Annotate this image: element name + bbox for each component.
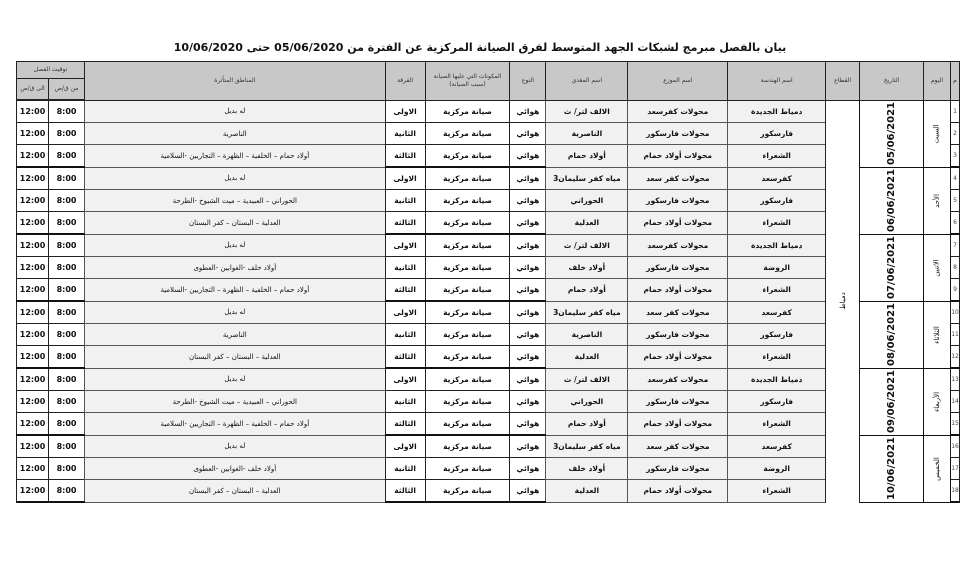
feeder-cell: مياه كفر سليمان3 xyxy=(546,301,628,324)
affected-areas-cell: له بديل xyxy=(85,368,386,391)
day-cell: الأحد xyxy=(924,167,951,234)
distributor-cell: محولات أولاد حمام xyxy=(628,145,728,168)
row-number: 17 xyxy=(951,458,960,480)
feeder-cell: الناصرية xyxy=(546,324,628,346)
distributor-cell: محولات فارسكور xyxy=(628,190,728,212)
affected-areas-cell: الحوراني – العبيدية – ميت الشيوخ -الطرحة xyxy=(85,190,386,212)
engineering-cell: دمياط الجديدة xyxy=(728,368,826,391)
equipment-cell: صيانة مركزية xyxy=(425,190,510,212)
type-cell: هوائي xyxy=(510,212,546,235)
feeder-cell: الناصرية xyxy=(546,123,628,145)
feeder-cell: أولاد حمام xyxy=(546,279,628,302)
engineering-cell: فارسكور xyxy=(728,190,826,212)
date-cell: 07/06/2021 xyxy=(860,234,924,301)
engineering-cell: فارسكور xyxy=(728,324,826,346)
affected-areas-cell: العدلية – البستان – كفر البستان xyxy=(85,480,386,503)
type-cell: هوائي xyxy=(510,346,546,369)
header-engineering: اسم الهندسة xyxy=(728,62,826,101)
affected-areas-cell: له بديل xyxy=(85,234,386,257)
type-cell: هوائي xyxy=(510,435,546,458)
distributor-cell: محولات كفرسعد xyxy=(628,368,728,391)
team-cell: الثالثة xyxy=(385,145,425,168)
engineering-cell: كفرسعد xyxy=(728,301,826,324)
engineering-cell: دمياط الجديدة xyxy=(728,100,826,123)
date-cell: 08/06/2021 xyxy=(860,301,924,368)
team-cell: الثالثة xyxy=(385,346,425,369)
date-label: 05/06/2021 xyxy=(886,102,897,165)
table-row: 5فارسكورمحولات فارسكورالحورانيهوائيصيانة… xyxy=(17,190,960,212)
affected-areas-cell: له بديل xyxy=(85,435,386,458)
to-time-cell: 12:00 xyxy=(17,257,49,279)
from-time-cell: 8:00 xyxy=(49,167,85,190)
schedule-body: 1السبت05/06/2021دمياطدمياط الجديدةمحولات… xyxy=(17,100,960,502)
from-time-cell: 8:00 xyxy=(49,234,85,257)
from-time-cell: 8:00 xyxy=(49,212,85,235)
equipment-cell: صيانة مركزية xyxy=(425,413,510,436)
feeder-cell: أولاد خلف xyxy=(546,257,628,279)
equipment-cell: صيانة مركزية xyxy=(425,123,510,145)
engineering-cell: فارسكور xyxy=(728,391,826,413)
table-row: 13الأربعاء09/06/2021دمياط الجديدةمحولات … xyxy=(17,368,960,391)
feeder-cell: الالف لتر/ ث xyxy=(546,100,628,123)
engineering-cell: الروضة xyxy=(728,257,826,279)
row-number: 2 xyxy=(951,123,960,145)
affected-areas-cell: أولاد خلف -الغوابين -العطوى xyxy=(85,458,386,480)
affected-areas-cell: الحوراني – العبيدية – ميت الشيوخ -الطرحة xyxy=(85,391,386,413)
type-cell: هوائي xyxy=(510,279,546,302)
table-row: 7الاثنين07/06/2021دمياط الجديدةمحولات كف… xyxy=(17,234,960,257)
team-cell: الثانية xyxy=(385,458,425,480)
from-time-cell: 8:00 xyxy=(49,435,85,458)
type-cell: هوائي xyxy=(510,368,546,391)
table-row: 10الثلاثاء08/06/2021كفرسعدمحولات كفر سعد… xyxy=(17,301,960,324)
affected-areas-cell: أولاد خلف -الغوابين -العطوى xyxy=(85,257,386,279)
header-from: من ق/ص xyxy=(49,79,85,101)
header-team: الفرقة xyxy=(385,62,425,101)
table-row: 15الشعراءمحولات أولاد حمامأولاد حمامهوائ… xyxy=(17,413,960,436)
day-label: الأحد xyxy=(933,194,941,208)
type-cell: هوائي xyxy=(510,123,546,145)
day-label: الخميس xyxy=(933,457,941,481)
from-time-cell: 8:00 xyxy=(49,324,85,346)
date-label: 10/06/2021 xyxy=(886,437,897,500)
distributor-cell: محولات فارسكور xyxy=(628,458,728,480)
type-cell: هوائي xyxy=(510,145,546,168)
table-row: 6الشعراءمحولات أولاد حمامالعدليةهوائيصيا… xyxy=(17,212,960,235)
type-cell: هوائي xyxy=(510,391,546,413)
engineering-cell: الشعراء xyxy=(728,480,826,503)
team-cell: الاولى xyxy=(385,167,425,190)
engineering-cell: الشعراء xyxy=(728,279,826,302)
header-distributor: اسم الموزع xyxy=(628,62,728,101)
to-time-cell: 12:00 xyxy=(17,123,49,145)
distributor-cell: محولات فارسكور xyxy=(628,391,728,413)
affected-areas-cell: أولاد حمام – الخلفية – الظهرة – التجاريي… xyxy=(85,413,386,436)
row-number: 9 xyxy=(951,279,960,302)
table-row: 14فارسكورمحولات فارسكورالحورانيهوائيصيان… xyxy=(17,391,960,413)
date-label: 07/06/2021 xyxy=(886,236,897,299)
type-cell: هوائي xyxy=(510,480,546,503)
team-cell: الاولى xyxy=(385,301,425,324)
day-label: الاثنين xyxy=(933,259,941,276)
affected-areas-cell: أولاد حمام – الخلفية – الظهرة – التجاريي… xyxy=(85,279,386,302)
team-cell: الثالثة xyxy=(385,413,425,436)
distributor-cell: محولات كفرسعد xyxy=(628,100,728,123)
from-time-cell: 8:00 xyxy=(49,346,85,369)
team-cell: الثانية xyxy=(385,123,425,145)
date-cell: 10/06/2021 xyxy=(860,435,924,502)
sector-cell: دمياط xyxy=(826,100,860,502)
distributor-cell: محولات كفرسعد xyxy=(628,234,728,257)
type-cell: هوائي xyxy=(510,257,546,279)
feeder-cell: الالف لتر/ ث xyxy=(546,234,628,257)
type-cell: هوائي xyxy=(510,167,546,190)
to-time-cell: 12:00 xyxy=(17,190,49,212)
day-cell: الاثنين xyxy=(924,234,951,301)
feeder-cell: العدلية xyxy=(546,212,628,235)
header-areas: المناطق المتأثرة xyxy=(85,62,386,101)
table-row: 1السبت05/06/2021دمياطدمياط الجديدةمحولات… xyxy=(17,100,960,123)
date-cell: 09/06/2021 xyxy=(860,368,924,435)
team-cell: الثانية xyxy=(385,257,425,279)
type-cell: هوائي xyxy=(510,100,546,123)
table-row: 12الشعراءمحولات أولاد حمامالعدليةهوائيصي… xyxy=(17,346,960,369)
from-time-cell: 8:00 xyxy=(49,100,85,123)
distributor-cell: محولات فارسكور xyxy=(628,123,728,145)
table-row: 3الشعراءمحولات أولاد حمامأولاد حمامهوائي… xyxy=(17,145,960,168)
engineering-cell: الشعراء xyxy=(728,145,826,168)
feeder-cell: العدلية xyxy=(546,346,628,369)
from-time-cell: 8:00 xyxy=(49,480,85,503)
feeder-cell: أولاد حمام xyxy=(546,413,628,436)
row-number: 1 xyxy=(951,100,960,123)
team-cell: الاولى xyxy=(385,435,425,458)
row-number: 8 xyxy=(951,257,960,279)
from-time-cell: 8:00 xyxy=(49,145,85,168)
row-number: 16 xyxy=(951,435,960,458)
team-cell: الاولى xyxy=(385,100,425,123)
header-day: اليوم xyxy=(924,62,951,101)
to-time-cell: 12:00 xyxy=(17,234,49,257)
equipment-cell: صيانة مركزية xyxy=(425,324,510,346)
table-row: 18الشعراءمحولات أولاد حمامالعدليةهوائيصي… xyxy=(17,480,960,503)
feeder-cell: أولاد خلف xyxy=(546,458,628,480)
engineering-cell: الروضة xyxy=(728,458,826,480)
affected-areas-cell: الناصرية xyxy=(85,123,386,145)
affected-areas-cell: له بديل xyxy=(85,301,386,324)
date-cell: 05/06/2021 xyxy=(860,100,924,167)
date-label: 06/06/2021 xyxy=(886,169,897,232)
row-number: 3 xyxy=(951,145,960,168)
header-equipment: المكونات التي عليها الصيانة (سبب الصيانة… xyxy=(425,62,510,101)
type-cell: هوائي xyxy=(510,458,546,480)
affected-areas-cell: العدلية – البستان – كفر البستان xyxy=(85,346,386,369)
team-cell: الاولى xyxy=(385,234,425,257)
distributor-cell: محولات أولاد حمام xyxy=(628,279,728,302)
from-time-cell: 8:00 xyxy=(49,257,85,279)
table-row: 11فارسكورمحولات فارسكورالناصريةهوائيصيان… xyxy=(17,324,960,346)
distributor-cell: محولات أولاد حمام xyxy=(628,212,728,235)
team-cell: الثالثة xyxy=(385,480,425,503)
equipment-cell: صيانة مركزية xyxy=(425,100,510,123)
engineering-cell: دمياط الجديدة xyxy=(728,234,826,257)
from-time-cell: 8:00 xyxy=(49,391,85,413)
equipment-cell: صيانة مركزية xyxy=(425,234,510,257)
equipment-cell: صيانة مركزية xyxy=(425,435,510,458)
type-cell: هوائي xyxy=(510,234,546,257)
day-cell: الثلاثاء xyxy=(924,301,951,368)
row-number: 18 xyxy=(951,480,960,503)
equipment-cell: صيانة مركزية xyxy=(425,257,510,279)
row-number: 5 xyxy=(951,190,960,212)
equipment-cell: صيانة مركزية xyxy=(425,458,510,480)
engineering-cell: الشعراء xyxy=(728,212,826,235)
affected-areas-cell: له بديل xyxy=(85,100,386,123)
header-feeder: اسم المغذي xyxy=(546,62,628,101)
table-row: 2فارسكورمحولات فارسكورالناصريةهوائيصيانة… xyxy=(17,123,960,145)
feeder-cell: مياه كفر سليمان3 xyxy=(546,435,628,458)
day-cell: السبت xyxy=(924,100,951,167)
equipment-cell: صيانة مركزية xyxy=(425,301,510,324)
engineering-cell: فارسكور xyxy=(728,123,826,145)
equipment-cell: صيانة مركزية xyxy=(425,480,510,503)
from-time-cell: 8:00 xyxy=(49,368,85,391)
from-time-cell: 8:00 xyxy=(49,301,85,324)
equipment-cell: صيانة مركزية xyxy=(425,145,510,168)
row-number: 6 xyxy=(951,212,960,235)
row-number: 10 xyxy=(951,301,960,324)
day-label: الأربعاء xyxy=(933,391,941,411)
equipment-cell: صيانة مركزية xyxy=(425,279,510,302)
date-label: 08/06/2021 xyxy=(886,303,897,366)
team-cell: الثانية xyxy=(385,190,425,212)
team-cell: الثانية xyxy=(385,391,425,413)
feeder-cell: مياه كفر سليمان3 xyxy=(546,167,628,190)
row-number: 12 xyxy=(951,346,960,369)
from-time-cell: 8:00 xyxy=(49,190,85,212)
distributor-cell: محولات أولاد حمام xyxy=(628,346,728,369)
table-row: 9الشعراءمحولات أولاد حمامأولاد حمامهوائي… xyxy=(17,279,960,302)
type-cell: هوائي xyxy=(510,413,546,436)
from-time-cell: 8:00 xyxy=(49,123,85,145)
equipment-cell: صيانة مركزية xyxy=(425,368,510,391)
affected-areas-cell: أولاد حمام – الخلفية – الظهرة – التجاريي… xyxy=(85,145,386,168)
to-time-cell: 12:00 xyxy=(17,480,49,503)
feeder-cell: الحوراني xyxy=(546,190,628,212)
table-row: 4الأحد06/06/2021كفرسعدمحولات كفر سعدمياه… xyxy=(17,167,960,190)
equipment-cell: صيانة مركزية xyxy=(425,212,510,235)
header-type: النوع xyxy=(510,62,546,101)
to-time-cell: 12:00 xyxy=(17,413,49,436)
team-cell: الثالثة xyxy=(385,279,425,302)
equipment-cell: صيانة مركزية xyxy=(425,346,510,369)
to-time-cell: 12:00 xyxy=(17,145,49,168)
distributor-cell: محولات كفر سعد xyxy=(628,435,728,458)
feeder-cell: العدلية xyxy=(546,480,628,503)
type-cell: هوائي xyxy=(510,324,546,346)
day-cell: الأربعاء xyxy=(924,368,951,435)
engineering-cell: الشعراء xyxy=(728,346,826,369)
date-label: 09/06/2021 xyxy=(886,370,897,433)
table-row: 8الروضةمحولات فارسكورأولاد خلفهوائيصيانة… xyxy=(17,257,960,279)
row-number: 11 xyxy=(951,324,960,346)
sector-label: دمياط xyxy=(839,292,847,310)
maintenance-schedule-table: م اليوم التاريخ القطاع اسم الهندسة اسم ا… xyxy=(16,61,960,503)
row-number: 7 xyxy=(951,234,960,257)
team-cell: الثالثة xyxy=(385,212,425,235)
engineering-cell: كفرسعد xyxy=(728,435,826,458)
header-date: التاريخ xyxy=(860,62,924,101)
from-time-cell: 8:00 xyxy=(49,413,85,436)
engineering-cell: الشعراء xyxy=(728,413,826,436)
to-time-cell: 12:00 xyxy=(17,368,49,391)
table-row: 17الروضةمحولات فارسكورأولاد خلفهوائيصيان… xyxy=(17,458,960,480)
distributor-cell: محولات كفر سعد xyxy=(628,301,728,324)
day-label: السبت xyxy=(933,124,941,143)
table-row: 16الخميس10/06/2021كفرسعدمحولات كفر سعدمي… xyxy=(17,435,960,458)
to-time-cell: 12:00 xyxy=(17,324,49,346)
to-time-cell: 12:00 xyxy=(17,391,49,413)
type-cell: هوائي xyxy=(510,301,546,324)
document-title: بيان بالفصل مبرمج لشبكات الجهد المتوسط ل… xyxy=(0,41,960,54)
type-cell: هوائي xyxy=(510,190,546,212)
distributor-cell: محولات كفر سعد xyxy=(628,167,728,190)
distributor-cell: محولات أولاد حمام xyxy=(628,413,728,436)
to-time-cell: 12:00 xyxy=(17,301,49,324)
to-time-cell: 12:00 xyxy=(17,100,49,123)
header-index: م xyxy=(951,62,960,101)
row-number: 15 xyxy=(951,413,960,436)
feeder-cell: أولاد حمام xyxy=(546,145,628,168)
engineering-cell: كفرسعد xyxy=(728,167,826,190)
from-time-cell: 8:00 xyxy=(49,458,85,480)
header-cut-time: توقيت الفصل xyxy=(17,62,85,79)
to-time-cell: 12:00 xyxy=(17,346,49,369)
affected-areas-cell: العدلية – البستان – كفر البستان xyxy=(85,212,386,235)
row-number: 13 xyxy=(951,368,960,391)
header-sector: القطاع xyxy=(826,62,860,101)
to-time-cell: 12:00 xyxy=(17,435,49,458)
header-to: الى ق/ص xyxy=(17,79,49,101)
row-number: 14 xyxy=(951,391,960,413)
from-time-cell: 8:00 xyxy=(49,279,85,302)
feeder-cell: الحوراني xyxy=(546,391,628,413)
equipment-cell: صيانة مركزية xyxy=(425,391,510,413)
to-time-cell: 12:00 xyxy=(17,167,49,190)
to-time-cell: 12:00 xyxy=(17,279,49,302)
affected-areas-cell: الناصرية xyxy=(85,324,386,346)
to-time-cell: 12:00 xyxy=(17,458,49,480)
affected-areas-cell: له بديل xyxy=(85,167,386,190)
day-cell: الخميس xyxy=(924,435,951,502)
team-cell: الاولى xyxy=(385,368,425,391)
distributor-cell: محولات فارسكور xyxy=(628,324,728,346)
row-number: 4 xyxy=(951,167,960,190)
equipment-cell: صيانة مركزية xyxy=(425,167,510,190)
day-label: الثلاثاء xyxy=(933,326,941,344)
feeder-cell: الالف لتر/ ث xyxy=(546,368,628,391)
date-cell: 06/06/2021 xyxy=(860,167,924,234)
distributor-cell: محولات فارسكور xyxy=(628,257,728,279)
distributor-cell: محولات أولاد حمام xyxy=(628,480,728,503)
to-time-cell: 12:00 xyxy=(17,212,49,235)
team-cell: الثانية xyxy=(385,324,425,346)
